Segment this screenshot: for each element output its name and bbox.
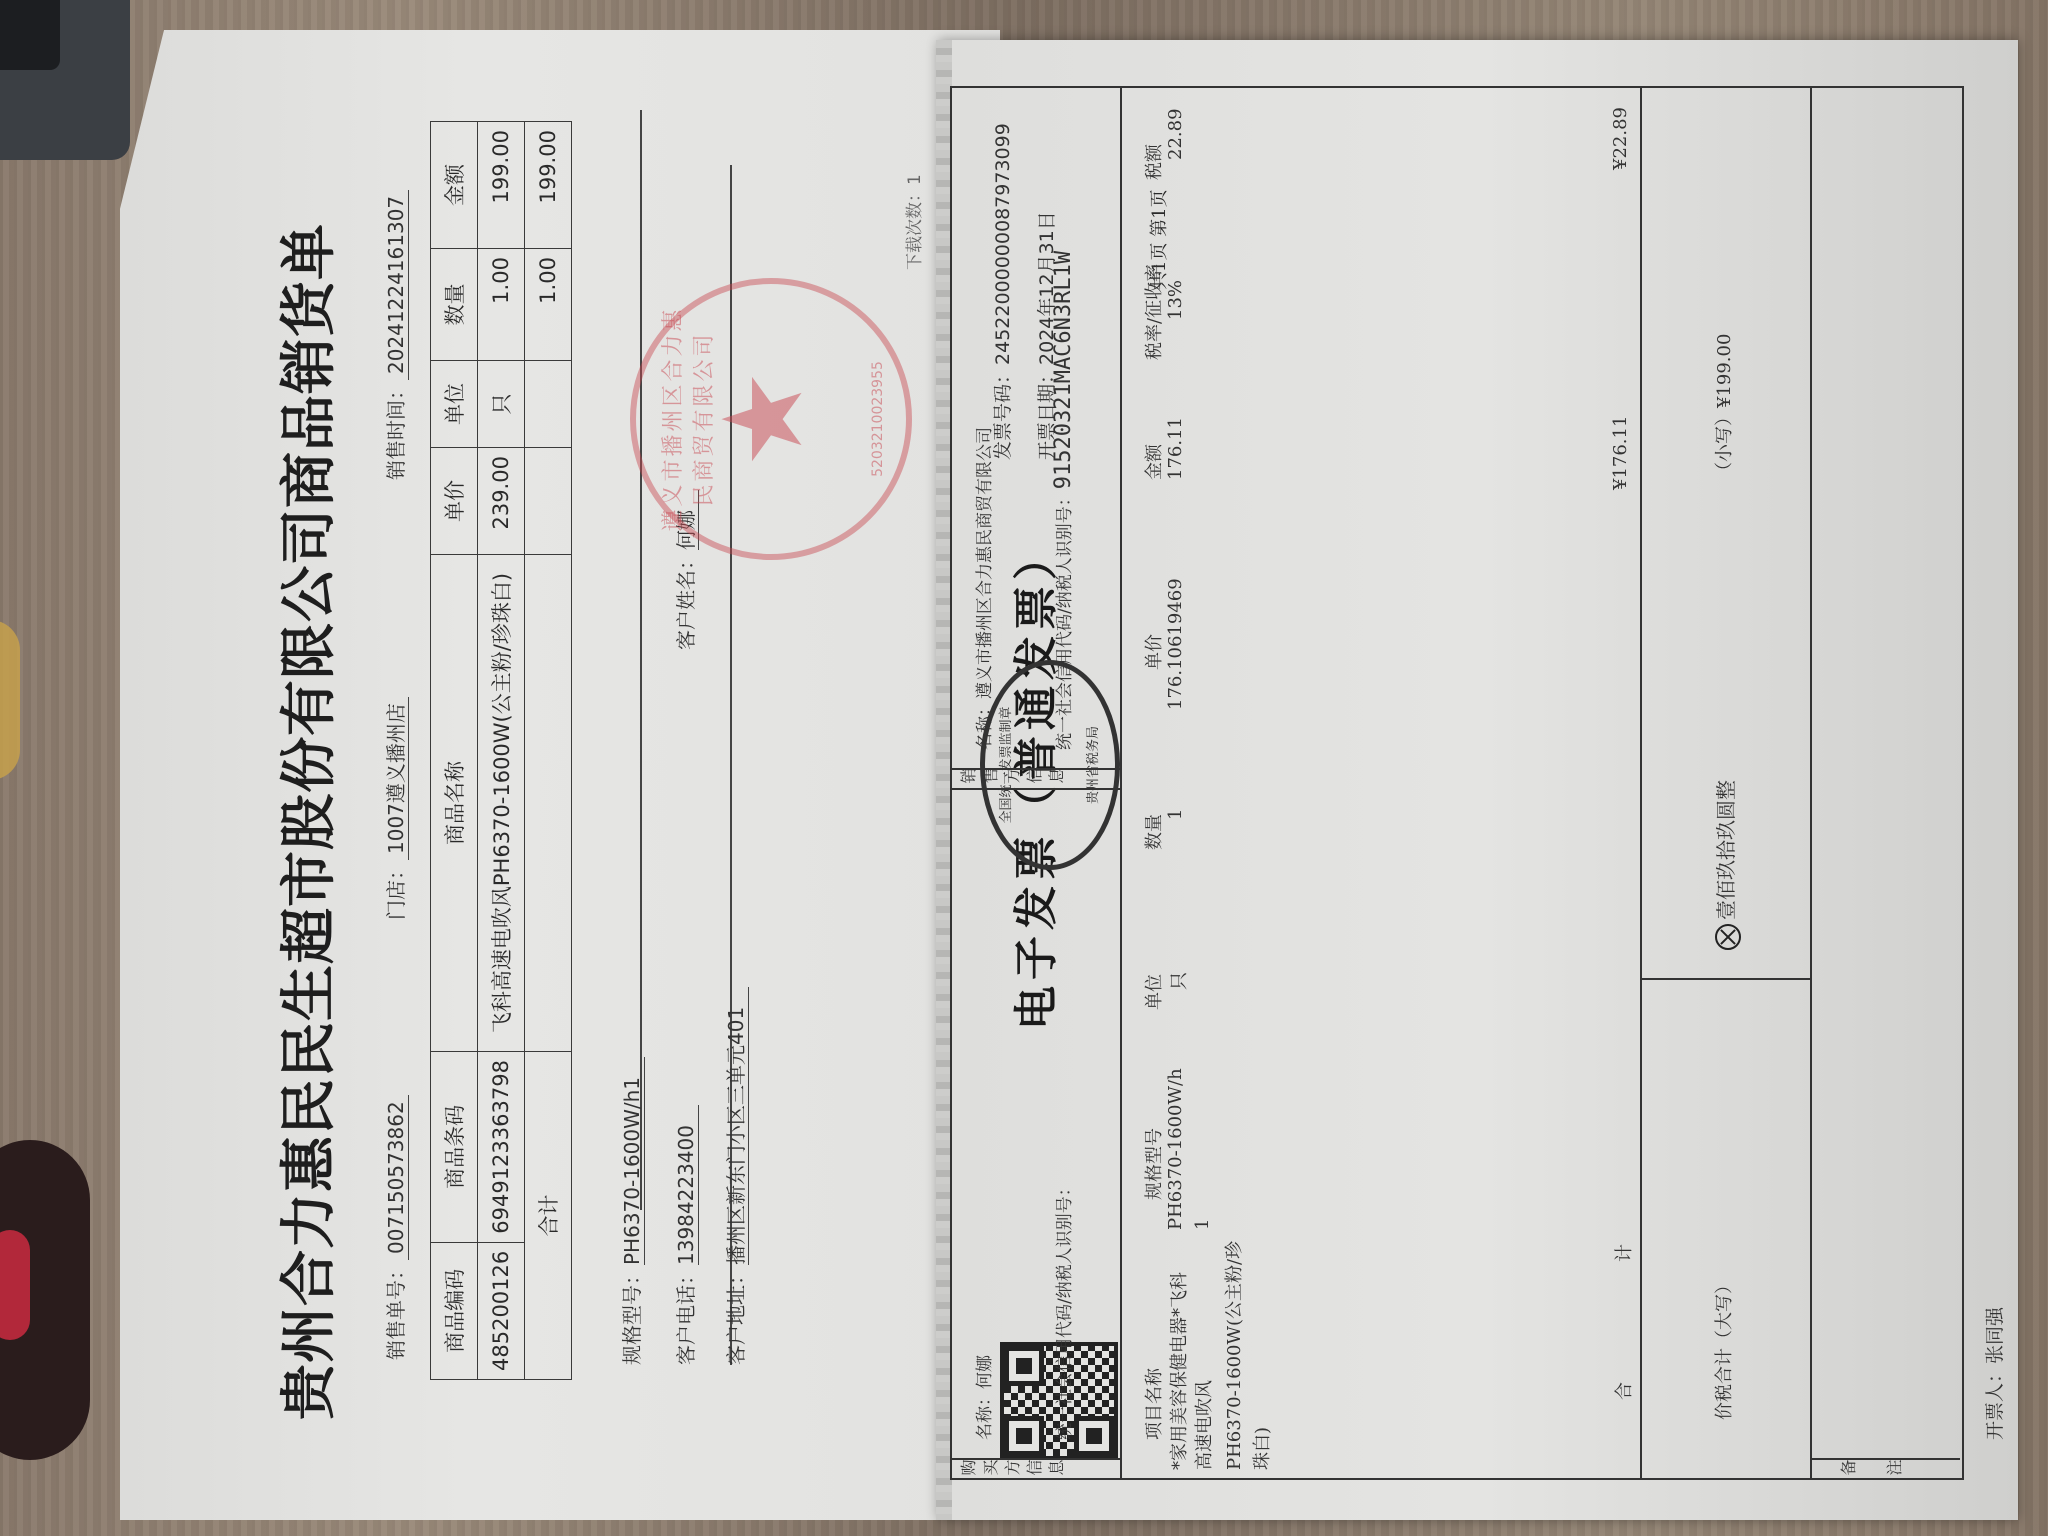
header-barcode: 商品条码 xyxy=(431,1052,478,1243)
header-unit: 单位 xyxy=(1140,974,1166,1010)
buyer-tax-id: 统一社会信用代码/纳税人识别号： xyxy=(1050,1179,1075,1440)
customer-address-label: 客户地址： xyxy=(724,1265,748,1365)
empty-cell xyxy=(525,361,572,448)
buyer-name-value: 何娜 xyxy=(975,1355,995,1389)
issuer-value: 张同强 xyxy=(1984,1307,2006,1364)
seller-name: 名称：遵义市播州区合力惠民商贸有限公司 xyxy=(970,427,995,750)
table-total-row: 合计 1.00 199.00 xyxy=(525,122,572,1380)
header-unit-price: 单价 xyxy=(431,448,478,555)
item-spec: PH6370-1600W/h xyxy=(1165,1068,1186,1230)
order-number-suffix: 2 xyxy=(384,1101,408,1114)
customer-phone-field: 客户电话：13984223400 xyxy=(670,1105,699,1365)
model-field: 规格型号：PH6370-1600W/h1 xyxy=(616,1057,645,1365)
total-quantity: 1.00 xyxy=(525,249,572,361)
table-header-row: 商品编码 商品条码 商品名称 单价 单位 数量 金额 xyxy=(431,122,478,1380)
customer-name-label: 客户姓名： xyxy=(674,550,698,650)
sales-slip-title: 贵州合力惠民民生超市股份有限公司商品销货单 xyxy=(265,223,345,1420)
cell-product-name: 飞科高速电吹风PH6370-1600W(公主粉/珍珠白) xyxy=(478,555,525,1052)
header-tax-rate: 税率/征收率 xyxy=(1140,264,1166,360)
item-unit-price: 176.10619469 xyxy=(1165,578,1186,710)
total-lower-value: ¥199.00 xyxy=(1714,334,1735,408)
seller-name-label: 名称： xyxy=(975,699,995,750)
item-name-line: *家用美容保健电器*飞科 xyxy=(1165,1272,1191,1470)
header-spec: 规格型号 xyxy=(1140,1128,1166,1200)
device-key xyxy=(0,0,60,70)
seller-name-value: 遵义市播州区合力惠民商贸有限公司 xyxy=(975,427,995,699)
item-tax: 22.89 xyxy=(1165,108,1186,160)
col-divider xyxy=(1640,978,1810,980)
seal-code: 5203210023955 xyxy=(870,284,886,554)
cell-quantity: 1.00 xyxy=(478,249,525,361)
cell-item-code: 485200126 xyxy=(478,1242,525,1379)
issuer: 开票人：张同强 xyxy=(1980,1307,2007,1440)
row-divider xyxy=(1640,88,1642,1480)
col-divider xyxy=(950,788,1120,790)
empty-cell xyxy=(525,555,572,1052)
cell-amount: 199.00 xyxy=(478,122,525,249)
total-lower-label: （小写） xyxy=(1714,408,1735,480)
seller-tax-id: 统一社会信用代码/纳税人识别号：91520321MAC6N3RL1W xyxy=(1050,251,1076,750)
model-value: PH6370-1600W/h1 xyxy=(620,1057,645,1265)
buyer-name-label: 名称： xyxy=(975,1389,995,1440)
cell-unit-price: 239.00 xyxy=(478,448,525,555)
remarks-label: 备注 xyxy=(1840,1457,1932,1480)
customer-address-value: 播州区新东门小区三单元401 xyxy=(724,987,749,1265)
table-row: 485200126 6949123363798 飞科高速电吹风PH6370-16… xyxy=(478,122,525,1380)
buyer-tax-id-label: 统一社会信用代码/纳税人识别号： xyxy=(1055,1179,1075,1440)
seller-tax-id-value: 91520321MAC6N3RL1W xyxy=(1051,251,1076,489)
subtotal-tax: ¥22.89 xyxy=(1610,107,1631,170)
subtotal-label: 合计 xyxy=(1610,1124,1636,1400)
header-qty: 数量 xyxy=(1140,814,1166,850)
item-name-line: 珠白) xyxy=(1248,1427,1274,1470)
header-unit-price: 单价 xyxy=(1140,634,1166,670)
issuer-label: 开票人： xyxy=(1984,1364,2006,1440)
header-unit: 单位 xyxy=(431,361,478,448)
total-upper-label: 价税合计（大写） xyxy=(1710,1276,1736,1420)
download-count: 下载次数：1 xyxy=(900,175,925,270)
order-number: 销售单号：007150573862 xyxy=(380,1095,409,1360)
company-seal: 遵义市播州区合力惠民商贸有限公司 ★ 5203210023955 xyxy=(630,278,912,560)
store: 门店：1007遵义播州店 xyxy=(380,697,409,920)
sales-slip: 贵州合力惠民民生超市股份有限公司商品销货单 销售单号：007150573862 … xyxy=(150,60,1020,1480)
header-tax: 税额 xyxy=(1140,144,1166,180)
total-amount: 199.00 xyxy=(525,122,572,249)
star-icon: ★ xyxy=(708,284,818,554)
total-label: 合计 xyxy=(525,1052,572,1380)
total-upper-value: 壹佰玖拾玖圆整 xyxy=(1714,780,1738,920)
sale-time-label: 销售时间： xyxy=(384,380,408,480)
order-number-label: 销售单号： xyxy=(384,1260,408,1360)
red-object xyxy=(0,1230,30,1340)
customer-phone-value: 13984223400 xyxy=(674,1105,699,1265)
subtotal-amount: ¥176.11 xyxy=(1610,416,1631,490)
customer-address-field: 客户地址：播州区新东门小区三单元401 xyxy=(720,987,749,1365)
store-value: 1007遵义播州店 xyxy=(384,697,409,860)
header-item-name: 项目名称 xyxy=(1140,1368,1166,1440)
item-amount: 176.11 xyxy=(1165,417,1186,480)
item-spec-line2: 1 xyxy=(1192,1219,1213,1230)
cell-barcode: 6949123363798 xyxy=(478,1052,525,1243)
row-divider xyxy=(1120,88,1122,1480)
item-tax-rate: 13% xyxy=(1165,280,1186,320)
total-upper: 壹佰玖拾玖圆整 xyxy=(1710,780,1741,950)
header-item-code: 商品编码 xyxy=(431,1242,478,1379)
buyer-name: 名称：何娜 xyxy=(970,1355,995,1440)
sale-time: 销售时间：20241224161307 xyxy=(380,190,409,480)
e-invoice: 电子发票（普通发票） 全国统一发票监制章 贵州省税务局 发票号码：2452200… xyxy=(960,40,2000,1500)
sale-time-value: 20241224161307 xyxy=(384,190,409,380)
seller-section-label: 销售方信息 xyxy=(960,765,1070,788)
header-product-name: 商品名称 xyxy=(431,555,478,1052)
item-name-line: 高速电吹风 xyxy=(1190,1380,1216,1470)
item-unit: 只 xyxy=(1165,972,1191,990)
divider-line xyxy=(640,110,642,1210)
yellow-object xyxy=(0,620,20,780)
model-label: 规格型号： xyxy=(620,1265,644,1365)
item-qty: 1 xyxy=(1165,809,1186,820)
empty-cell xyxy=(525,448,572,555)
row-divider xyxy=(1810,88,1812,1480)
store-label: 门店： xyxy=(384,860,408,920)
sales-table: 商品编码 商品条码 商品名称 单价 单位 数量 金额 485200126 694… xyxy=(430,121,572,1380)
seller-tax-id-label: 统一社会信用代码/纳税人识别号： xyxy=(1055,489,1075,750)
item-name-line: PH6370-1600W(公主粉/珍 xyxy=(1220,1241,1246,1470)
cell-unit: 只 xyxy=(478,361,525,448)
buyer-section-label: 购买方信息 xyxy=(960,1457,1070,1480)
customer-phone-label: 客户电话： xyxy=(674,1265,698,1365)
invoice-grid: 购买方信息 名称：何娜 统一社会信用代码/纳税人识别号： 销售方信息 名称：遵义… xyxy=(950,88,1964,1480)
total-lower: （小写）¥199.00 xyxy=(1710,334,1736,480)
header-amount: 金额 xyxy=(431,122,478,249)
cross-circle-icon xyxy=(1715,924,1741,950)
device-corner xyxy=(0,0,130,160)
order-number-value: 00715057386 xyxy=(384,1114,408,1254)
header-quantity: 数量 xyxy=(431,249,478,361)
header-amount: 金额 xyxy=(1140,444,1166,480)
